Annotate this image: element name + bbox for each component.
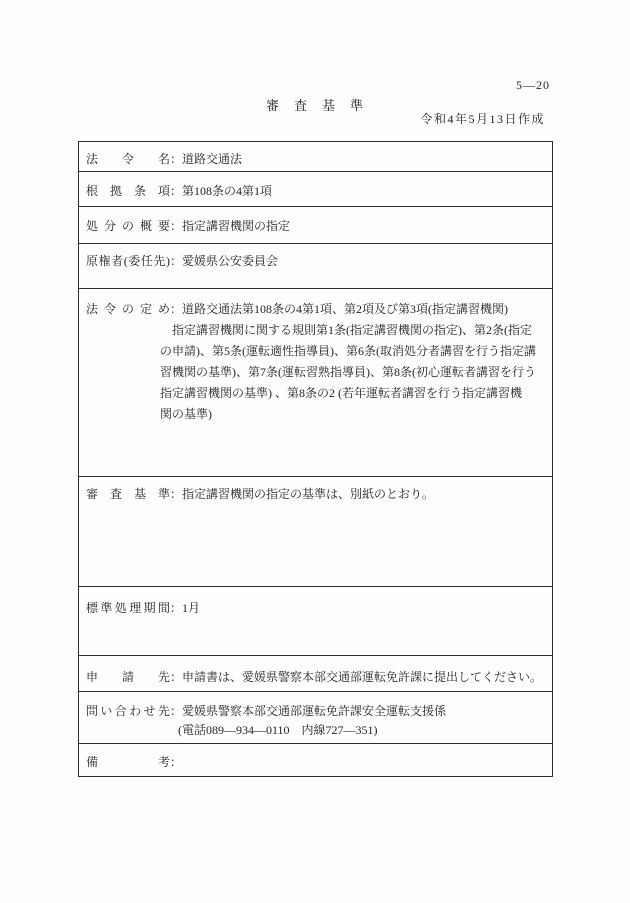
page-number: 5—20 [516,78,550,93]
label-colon: ： [170,704,182,718]
row-value: 愛媛県公安委員会 [182,254,278,268]
row-value: 道路交通法 [182,152,242,166]
row-value: 1月 [182,601,200,615]
row-label: 法令の定め [86,299,170,320]
row-value-first-line: 愛媛県警察本部交通部運転免許課安全運転支援係 [182,704,446,718]
table-row-law-name: 法令名：道路交通法 [79,142,552,172]
label-colon: ： [170,755,182,769]
label-colon: ： [170,487,182,501]
row-label: 標準処理期間 [86,600,170,617]
row-value: 指定講習機関の指定の基準は、別紙のとおり。 [182,487,434,501]
row-label: 申請先 [86,669,170,686]
row-label: 法令名 [86,151,170,168]
table-row-contact: 問い合わせ先：愛媛県警察本部交通部運転免許課安全運転支援係 (電話089—934… [79,692,552,744]
row-value-first-line: 道路交通法第108条の4第1項、第2項及び第3項(指定講習機関) [182,302,508,316]
row-label: 原権者(委任先) [86,253,170,270]
row-label: 処分の概要 [86,218,170,235]
label-colon: ： [170,601,182,615]
label-colon: ： [170,152,182,166]
table-row-application-destination: 申請先：申請書は、愛媛県警察本部交通部運転免許課に提出してください。 [79,656,552,692]
contact-phone: (電話089—934—0110 内線727—351) [178,721,544,740]
table-row-remarks: 備考： [79,744,552,776]
row-label: 根拠条項 [86,183,170,200]
row-label: 審査基準 [86,486,170,503]
table-row-legal-provisions: 法令の定め：道路交通法第108条の4第1項、第2項及び第3項(指定講習機関) 指… [79,289,552,477]
table-row-legal-basis: 根拠条項：第108条の4第1項 [79,172,552,207]
label-colon: ： [170,219,182,233]
row-value: 第108条の4第1項 [182,184,272,198]
row-value-continued: 指定講習機関に関する規則第1条(指定講習機関の指定)、第2条(指定 の申請)、第… [160,320,544,425]
table-row-original-authority: 原権者(委任先)：愛媛県公安委員会 [79,244,552,289]
row-value: 申請書は、愛媛県警察本部交通部運転免許課に提出してください。 [182,670,542,684]
label-colon: ： [170,254,182,268]
label-colon: ： [170,184,182,198]
created-date: 令和4年5月13日作成 [420,110,545,127]
row-label: 備考 [86,754,170,771]
row-label: 問い合わせ先 [86,702,170,721]
table-row-disposition-summary: 処分の概要：指定講習機関の指定 [79,207,552,244]
document-page: 5—20 審 査 基 準 令和4年5月13日作成 法令名：道路交通法 根拠条項：… [0,0,630,903]
table-row-standard-processing-period: 標準処理期間：1月 [79,587,552,656]
label-colon: ： [170,302,182,316]
standards-table: 法令名：道路交通法 根拠条項：第108条の4第1項 処分の概要：指定講習機関の指… [78,141,553,777]
row-value: 指定講習機関の指定 [182,219,290,233]
label-colon: ： [170,670,182,684]
table-row-review-standards: 審査基準：指定講習機関の指定の基準は、別紙のとおり。 [79,477,552,587]
